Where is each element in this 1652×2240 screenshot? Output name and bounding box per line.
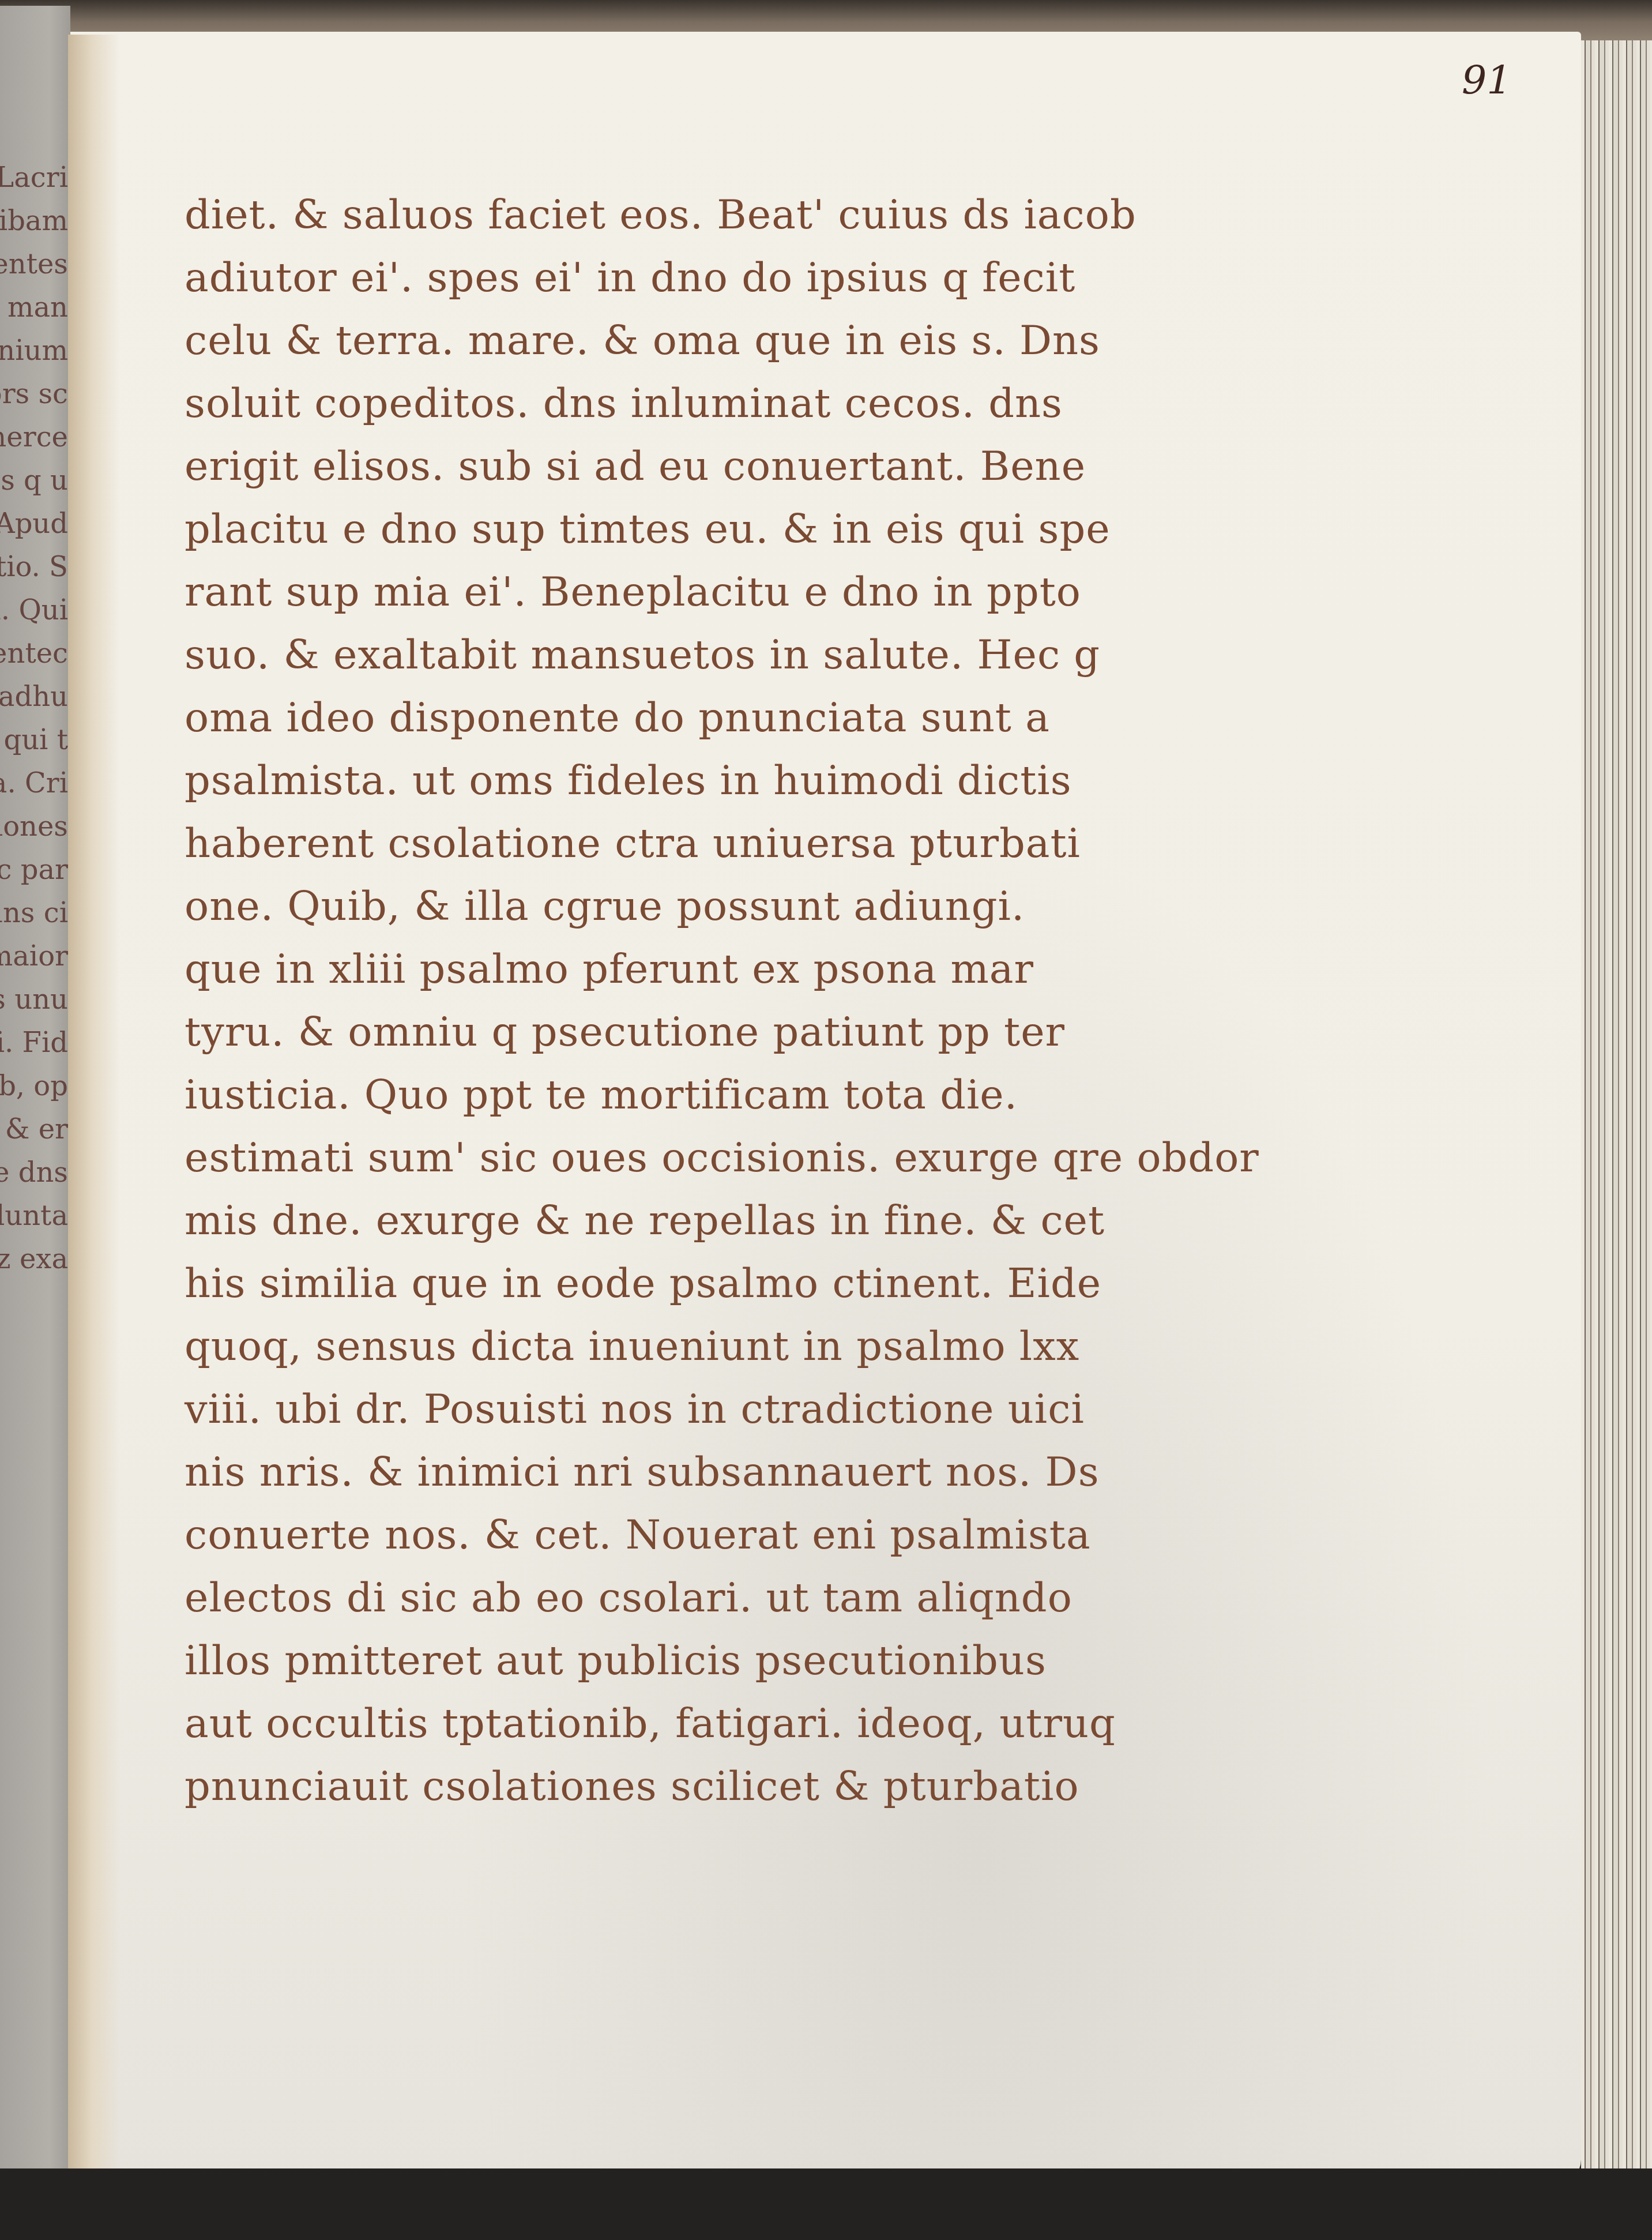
text-line: erigit elisos. sub si ad eu conuertant. … [185, 435, 1372, 498]
text-line: oma ideo disponente do pnunciata sunt a [185, 686, 1372, 749]
facing-text-line: tm. Qui [0, 594, 68, 626]
facing-text-line: ns unu [0, 983, 68, 1016]
text-line: adiutor ei'. spes ei' in dno do ipsius q… [185, 246, 1372, 309]
text-line: rant sup mia ei'. Beneplacitu e dno in p… [185, 561, 1372, 623]
text-line: iusticia. Quo ppt te mortificam tota die… [185, 1063, 1372, 1126]
facing-text-line: in Lacri [0, 161, 68, 194]
text-line: nis nris. & inimici nri subsannauert nos… [185, 1441, 1372, 1504]
text-line: conuerte nos. & cet. Nouerat eni psalmis… [185, 1504, 1372, 1566]
book-binding-bottom [0, 2168, 1652, 2240]
main-text-block: diet. & saluos faciet eos. Beat' cuius d… [185, 183, 1372, 1818]
folio-number: 91 [1462, 58, 1512, 103]
text-line: soluit copeditos. dns inluminat cecos. d… [185, 372, 1372, 435]
text-line: estimati sum' sic oues occisionis. exurg… [185, 1126, 1372, 1189]
facing-text-line: merce [0, 421, 68, 453]
facing-text-line: s ibam [0, 205, 68, 237]
facing-text-line: nientes [0, 248, 68, 280]
facing-text-line: mnib, op [0, 1070, 68, 1102]
facing-text-line: mptio. S [0, 551, 68, 583]
text-line: celu & terra. mare. & oma que in eis s. … [185, 309, 1372, 372]
facing-text-line: c sentec [0, 637, 68, 670]
facing-text-line: be e dns [0, 1156, 68, 1189]
gutter-shadow [68, 35, 120, 2180]
text-line: quoq, sensus dicta inueniunt in psalmo l… [185, 1315, 1372, 1378]
text-line: pnunciauit csolationes scilicet & pturba… [185, 1755, 1372, 1818]
text-line: one. Quib, & illa cgrue possunt adiungi. [185, 875, 1372, 938]
facing-text-line: tes man [0, 291, 68, 324]
facing-text-line: ationes [0, 810, 68, 843]
facing-text-line: d maior [0, 940, 68, 972]
text-line: viii. ubi dr. Posuisti nos in ctradictio… [185, 1378, 1372, 1441]
facing-verso-page: in Lacri s ibam nientes tes man omnium m… [0, 6, 70, 2232]
facing-text-line: at qui t [0, 724, 68, 756]
facing-text-line: oms q u [0, 464, 68, 497]
text-line: aut occultis tptationib, fatigari. ideoq… [185, 1692, 1372, 1755]
text-line: mis dne. exurge & ne repellas in fine. &… [185, 1189, 1372, 1252]
text-line: tyru. & omniu q psecutione patiunt pp te… [185, 1001, 1372, 1063]
text-line: que in xliii psalmo pferunt ex psona mar [185, 938, 1372, 1001]
facing-text-line: dr adhu [0, 681, 68, 713]
facing-text-line: Volunta [0, 1200, 68, 1232]
facing-text-line: a ei. Fid [0, 1027, 68, 1059]
text-line: his similia que in eode psalmo ctinent. … [185, 1252, 1372, 1315]
text-line: placitu e dno sup timtes eu. & in eis qu… [185, 498, 1372, 561]
facing-text-line: mors sc [0, 378, 68, 410]
text-line: haberent csolatione ctra uniuersa pturba… [185, 812, 1372, 875]
page-stack-edge [1581, 40, 1652, 2186]
facing-text-line: t. & er [0, 1113, 68, 1145]
text-line: diet. & saluos faciet eos. Beat' cuius d… [185, 183, 1372, 246]
text-line: illos pmitteret aut publicis psecutionib… [185, 1629, 1372, 1692]
facing-text-line: huc par [0, 854, 68, 886]
text-line: suo. & exaltabit mansuetos in salute. He… [185, 623, 1372, 686]
facing-text-line: tra. Cri [0, 767, 68, 799]
facing-text-line: gans ci [0, 897, 68, 929]
text-line: electos di sic ab eo csolari. ut tam ali… [185, 1566, 1372, 1629]
text-line: psalmista. ut oms fideles in huimodi dic… [185, 749, 1372, 812]
facing-text-line: s. Apud [0, 508, 68, 540]
facing-text-line: omnium [0, 335, 68, 367]
facing-text-line: eoz exa [0, 1243, 68, 1275]
